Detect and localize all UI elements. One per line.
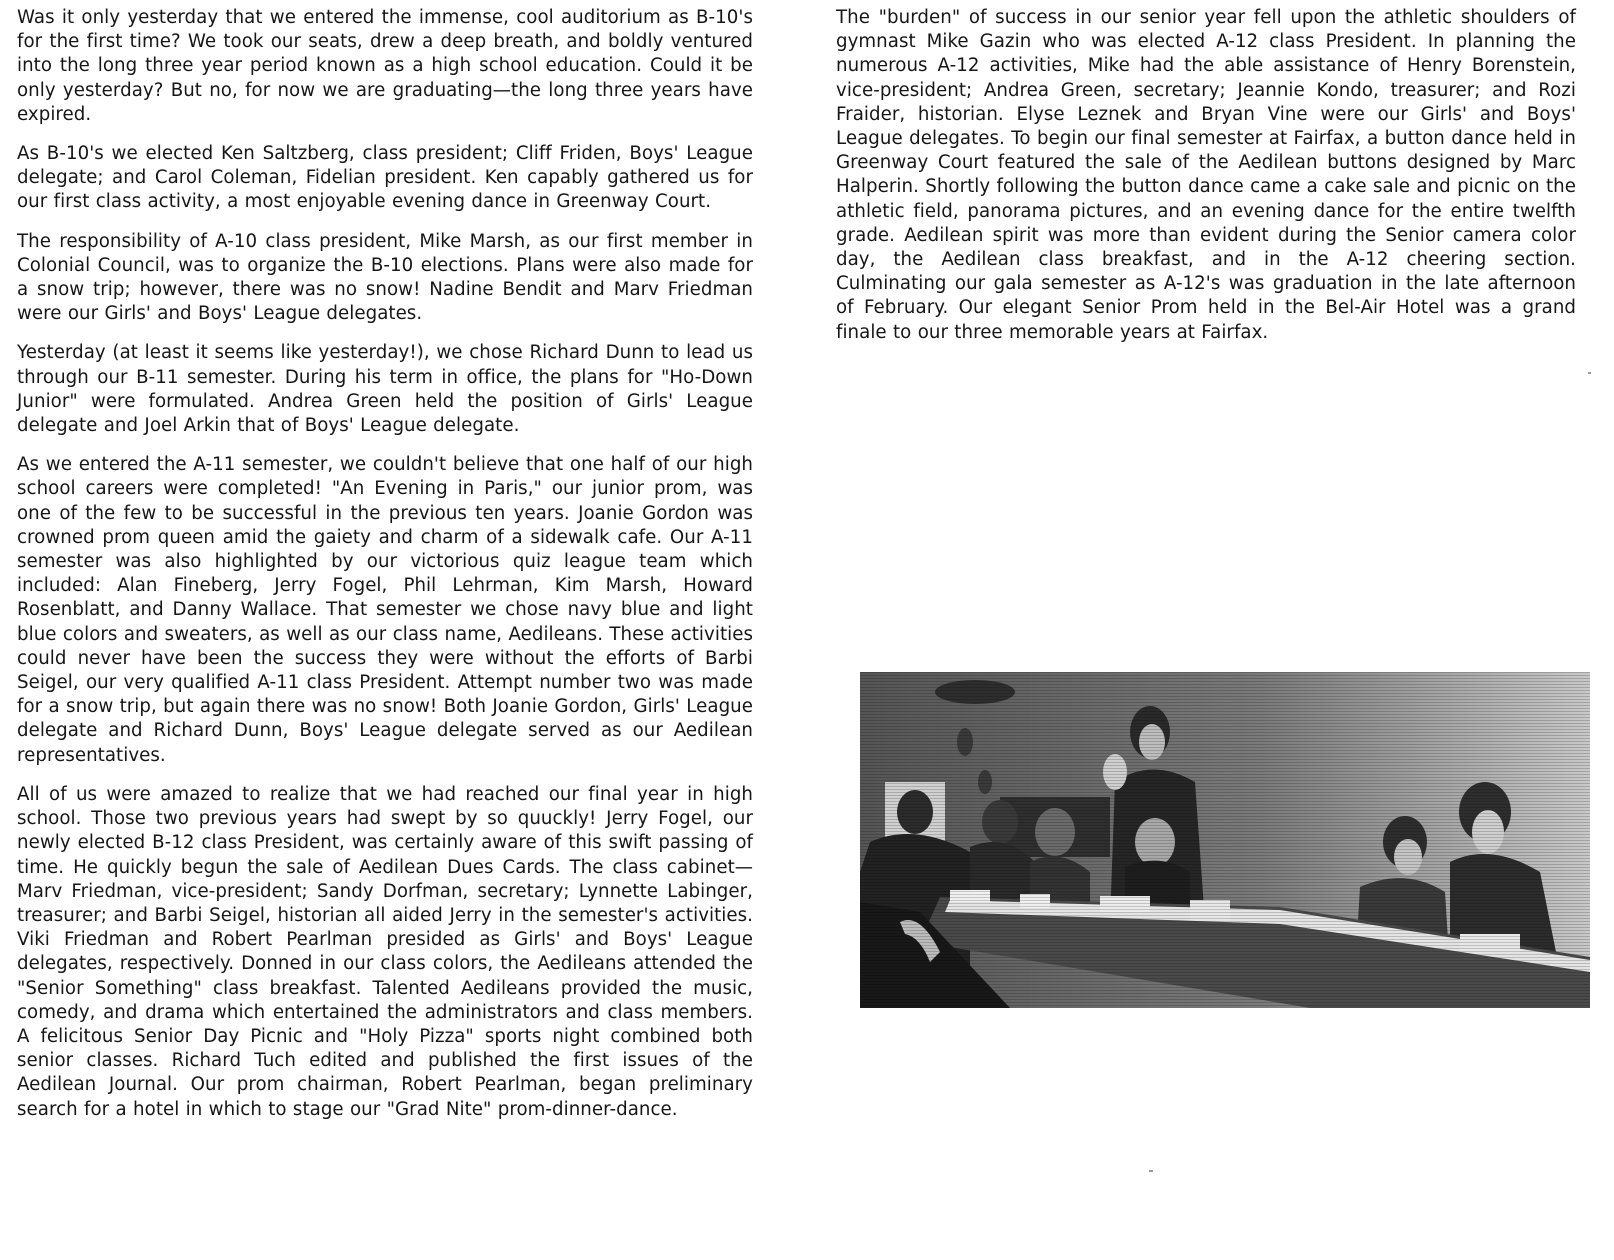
paragraph-a10: The responsibility of A-10 class preside… [17,230,753,327]
print-speck [1588,372,1591,374]
left-text-column: Was it only yesterday that we entered th… [17,6,753,1137]
right-text-column: The "burden" of success in our senior ye… [836,6,1576,360]
banquet-photo [860,672,1590,1008]
paragraph-b11: Yesterday (at least it seems like yester… [17,341,753,438]
paragraph-b10-intro: Was it only yesterday that we entered th… [17,6,753,127]
paragraph-a11: As we entered the A-11 semester, we coul… [17,453,753,768]
photo-illustration [860,672,1590,1008]
paragraph-a12: The "burden" of success in our senior ye… [836,6,1576,345]
paragraph-b12: All of us were amazed to realize that we… [17,783,753,1122]
paragraph-b10-elections: As B-10's we elected Ken Saltzberg, clas… [17,142,753,215]
print-speck [1149,1170,1153,1172]
